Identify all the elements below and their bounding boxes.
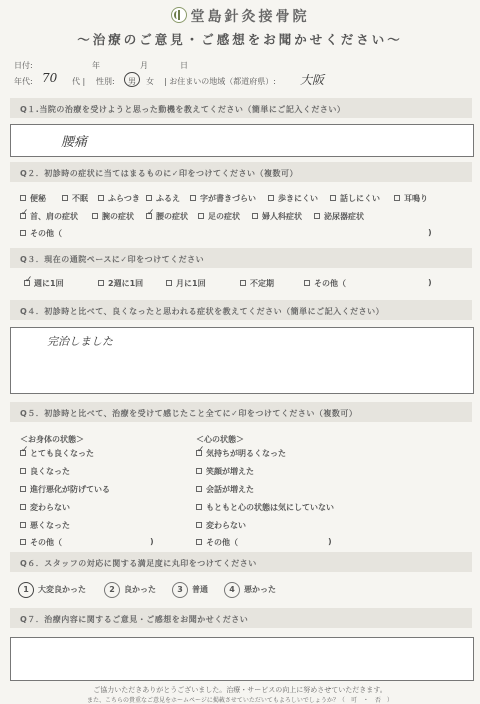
- q2-option-speaking[interactable]: 話しにくい: [330, 193, 380, 204]
- q3-option-monthly[interactable]: 月に1回: [166, 278, 206, 289]
- q3-option-biweekly[interactable]: 2週に1回: [98, 278, 143, 289]
- checkbox[interactable]: [394, 195, 400, 201]
- q2-option-arm[interactable]: 腕の症状: [92, 211, 134, 222]
- checkbox[interactable]: [20, 195, 26, 201]
- q4-answer: 完治しました: [47, 333, 113, 349]
- checkbox[interactable]: [190, 195, 196, 201]
- day-label: 日: [180, 60, 188, 71]
- checkbox[interactable]: [240, 280, 246, 286]
- checkbox[interactable]: [196, 486, 202, 492]
- age-suffix: 代 |: [72, 76, 85, 87]
- q3-other-close: ): [428, 278, 432, 287]
- checkbox[interactable]: [98, 280, 104, 286]
- q2-option-insomnia[interactable]: 不眠: [62, 193, 88, 204]
- q5-mind-option[interactable]: 変わらない: [196, 520, 246, 531]
- checkbox-checked[interactable]: [196, 450, 202, 456]
- q2-option-tinnitus[interactable]: 耳鳴り: [394, 193, 428, 204]
- checkbox[interactable]: [304, 280, 310, 286]
- checkbox[interactable]: [98, 195, 104, 201]
- q5-body-heading: ＜お身体の状態＞: [20, 434, 84, 445]
- q6-option-bad[interactable]: 4悪かった: [224, 582, 276, 598]
- age-value[interactable]: 70: [42, 71, 57, 85]
- q2-option-leg[interactable]: 足の症状: [198, 211, 240, 222]
- q2-option-dizziness[interactable]: ふらつき: [98, 193, 140, 204]
- q2-option-urology[interactable]: 泌尿器症状: [314, 211, 364, 222]
- q5-body-other-close: ): [150, 537, 154, 546]
- checkbox-checked[interactable]: [146, 213, 152, 219]
- checkbox[interactable]: [252, 213, 258, 219]
- q6-option-very-good[interactable]: 1大変良かった: [18, 582, 86, 598]
- q5-mind-heading: ＜心の状態＞: [196, 434, 244, 445]
- q7-answer-box[interactable]: [10, 637, 474, 681]
- survey-page: 堂島針灸接骨院 ～治療のご意見・ご感想をお聞かせください～ 日付: 年 月 日 …: [0, 0, 480, 704]
- q6-question: Q６．スタッフの対応に関する満足度に丸印をつけてください: [10, 552, 472, 572]
- checkbox-checked[interactable]: [24, 280, 30, 286]
- gender-female-option[interactable]: 女: [146, 76, 154, 87]
- year-label: 年: [92, 60, 100, 71]
- q5-body-option[interactable]: とても良くなった: [20, 448, 94, 459]
- q3-option-other[interactable]: その他（: [304, 278, 346, 289]
- checkbox[interactable]: [20, 504, 26, 510]
- checkbox[interactable]: [20, 230, 26, 236]
- q2-option-writing[interactable]: 字が書きづらい: [190, 193, 256, 204]
- q2-question: Q２．初診時の症状に当てはまるものに✓印をつけてください（複数可）: [10, 162, 472, 182]
- q1-answer: 腰痛: [61, 131, 87, 150]
- clinic-name: 堂島針灸接骨院: [191, 9, 310, 25]
- rating-circle-3[interactable]: 3: [172, 582, 188, 598]
- checkbox[interactable]: [62, 195, 68, 201]
- q2-option-walking[interactable]: 歩きにくい: [268, 193, 318, 204]
- rating-circle-4[interactable]: 4: [224, 582, 240, 598]
- q5-body-option-other[interactable]: その他（: [20, 537, 62, 548]
- checkbox[interactable]: [196, 522, 202, 528]
- checkbox[interactable]: [314, 213, 320, 219]
- q5-question: Q５．初診時と比べて、治療を受けて感じたこと全てに✓印をつけてください（複数可）: [10, 402, 472, 422]
- q2-option-other[interactable]: その他（: [20, 228, 62, 239]
- q4-answer-box[interactable]: 完治しました: [10, 327, 474, 394]
- q2-option-gynecology[interactable]: 婦人科症状: [252, 211, 302, 222]
- q3-option-weekly[interactable]: 週に1回: [24, 278, 64, 289]
- gender-label: 性別:: [96, 76, 115, 87]
- q5-mind-option[interactable]: 会話が増えた: [196, 484, 254, 495]
- gender-male-option[interactable]: 男: [124, 72, 140, 87]
- q5-mind-option[interactable]: 気持ちが明るくなった: [196, 448, 286, 459]
- footer-publish-consent: また、こちらの貴重なご意見をホームページに掲載させていただいてもよろしいでしょう…: [0, 695, 480, 704]
- clinic-title: 堂島針灸接骨院: [0, 6, 480, 26]
- survey-subtitle: ～治療のご意見・ご感想をお聞かせください～: [0, 30, 480, 48]
- checkbox[interactable]: [196, 539, 202, 545]
- checkbox-checked[interactable]: [20, 213, 26, 219]
- clinic-logo-icon: [171, 7, 187, 23]
- q5-body-option[interactable]: 悪くなった: [20, 520, 70, 531]
- checkbox[interactable]: [92, 213, 98, 219]
- month-label: 月: [140, 60, 148, 71]
- q3-question: Q３．現在の通院ペースに✓印をつけてください: [10, 248, 472, 268]
- q7-question: Q７．治療内容に関するご意見・ご感想をお聞かせください: [10, 608, 472, 628]
- checkbox[interactable]: [20, 539, 26, 545]
- q2-other-close: ): [428, 228, 432, 237]
- checkbox-checked[interactable]: [20, 450, 26, 456]
- checkbox[interactable]: [196, 504, 202, 510]
- checkbox[interactable]: [196, 468, 202, 474]
- checkbox[interactable]: [146, 195, 152, 201]
- q5-mind-option-other[interactable]: その他（: [196, 537, 238, 548]
- checkbox[interactable]: [20, 486, 26, 492]
- q2-option-constipation[interactable]: 便秘: [20, 193, 46, 204]
- q1-answer-box[interactable]: 腰痛: [10, 124, 474, 157]
- date-label: 日付:: [14, 60, 33, 71]
- q5-mind-option[interactable]: もともと心の状態は気にしていない: [196, 502, 334, 513]
- checkbox[interactable]: [198, 213, 204, 219]
- q5-mind-option[interactable]: 笑顔が増えた: [196, 466, 254, 477]
- region-value[interactable]: 大阪: [300, 71, 324, 88]
- q5-body-option[interactable]: 進行悪化が防げている: [20, 484, 110, 495]
- checkbox[interactable]: [20, 522, 26, 528]
- footer-thanks: ご協力いただきありがとうございました。治療・サービスの向上に努めさせていただきま…: [0, 685, 480, 695]
- region-label: | お住まいの地域（都道府県）:: [164, 76, 276, 87]
- q2-option-lower-back[interactable]: 腰の症状: [146, 211, 188, 222]
- rating-circle-1[interactable]: 1: [18, 582, 34, 598]
- q6-option-good[interactable]: 2良かった: [104, 582, 156, 598]
- q5-mind-other-close: ): [328, 537, 332, 546]
- checkbox[interactable]: [166, 280, 172, 286]
- q5-body-option[interactable]: 良くなった: [20, 466, 70, 477]
- q1-question: Q１.当院の治療を受けようと思った動機を教えてください（簡単にご記入ください）: [10, 98, 472, 118]
- checkbox[interactable]: [330, 195, 336, 201]
- q6-option-average[interactable]: 3普通: [172, 582, 208, 598]
- checkbox[interactable]: [268, 195, 274, 201]
- q4-question: Q４．初診時と比べて、良くなったと思われる症状を教えてください（簡単にご記入くだ…: [10, 300, 472, 320]
- age-label: 年代:: [14, 76, 33, 87]
- q2-option-neck-shoulder[interactable]: 首、肩の症状: [20, 211, 78, 222]
- q3-option-irregular[interactable]: 不定期: [240, 278, 274, 289]
- rating-circle-2[interactable]: 2: [104, 582, 120, 598]
- q5-body-option[interactable]: 変わらない: [20, 502, 70, 513]
- checkbox[interactable]: [20, 468, 26, 474]
- q2-option-tremor[interactable]: ふるえ: [146, 193, 180, 204]
